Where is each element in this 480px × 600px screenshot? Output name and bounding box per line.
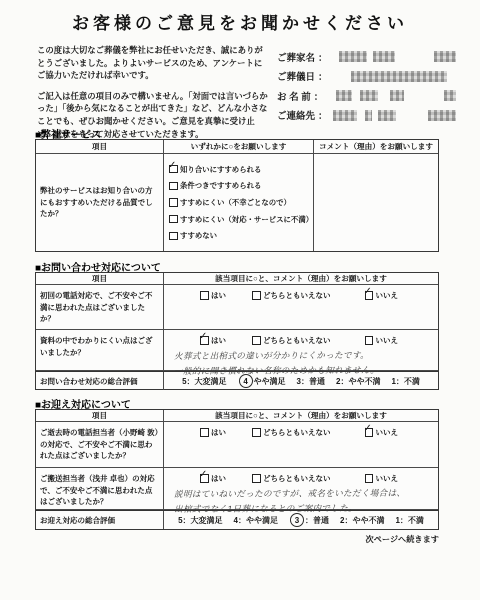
- table-row: 資料の中でわかりにくい点はございましたか？ はい どちらともいえない いいえ 火…: [36, 330, 438, 371]
- option-list: 知り合いにすすめられる 条件つきですすめられる すすめにくい（不幸ごとなので） …: [164, 154, 314, 251]
- question-text: ご搬送担当者（浅井 卓也）の対応で、ご不安やご不満に思われた点はございましたか？: [36, 468, 164, 509]
- inquiry-table: 項目 該当項目に○と、コメント（理由）をお願いします 初回の電話対応で、ご不安や…: [35, 272, 439, 390]
- checkbox[interactable]: [200, 474, 209, 483]
- checkbox[interactable]: [200, 291, 209, 300]
- contact-info: ご葬家名： ご葬儀日： お 名 前： ご連絡先：: [277, 47, 456, 125]
- intro-paragraph-1: この度は大切なご葬儀を弊社にお任せいただき、誠にありがとうございました。よりよい…: [37, 44, 270, 82]
- table-row: ご搬送担当者（浅井 卓也）の対応で、ご不安やご不満に思われた点はございましたか？…: [36, 468, 438, 510]
- checkbox[interactable]: [169, 182, 178, 191]
- header-item: 項目: [36, 410, 164, 421]
- survey-page: お客様のご意見をお聞かせください この度は大切なご葬儀を弊社にお任せいただき、誠…: [0, 0, 480, 600]
- answer-cell: はい どちらともいえない いいえ 説明はていねいだったのですが、戒名をいただく場…: [164, 468, 438, 509]
- handwritten-comment: 火葬式と出棺式の違いが分かりにくかったです。 一般的に聞き慣れない名称のためかも…: [164, 346, 438, 379]
- field-family-name: ご葬家名：: [277, 47, 456, 67]
- field-label: ご葬儀日: [277, 69, 315, 83]
- option-no[interactable]: いいえ: [365, 427, 399, 438]
- option-hard-to-recommend-dissatisfied[interactable]: すすめにくい（対応・サービスに不満）: [169, 214, 313, 225]
- header-item: 項目: [36, 273, 164, 284]
- option-neither[interactable]: どちらともいえない: [252, 335, 331, 346]
- next-page-note: 次ページへ続きます: [365, 534, 439, 545]
- checkbox[interactable]: [365, 336, 374, 345]
- option-label: はい: [211, 290, 226, 301]
- checkbox[interactable]: [252, 428, 261, 437]
- checkbox[interactable]: [365, 428, 374, 437]
- option-neither[interactable]: どちらともいえない: [252, 290, 331, 301]
- header-detail: 該当項目に○と、コメント（理由）をお願いします: [164, 273, 438, 284]
- option-label: すすめにくい（不幸ごとなので）: [180, 197, 291, 208]
- redacted-value: [333, 51, 456, 62]
- option-label: 知り合いにすすめられる: [180, 164, 261, 175]
- option-label: いいえ: [376, 473, 399, 484]
- option-label: 条件つきですすめられる: [180, 180, 261, 191]
- table-row: ご逝去時の電話担当者（小野崎 敦）の対応で、ご不安やご不満に思われた点はございま…: [36, 422, 438, 468]
- checkbox[interactable]: [252, 336, 261, 345]
- comment-cell[interactable]: [314, 154, 438, 251]
- redacted-value: [333, 71, 456, 82]
- option-line: はい どちらともいえない いいえ: [164, 468, 438, 484]
- answer-cell: はい どちらともいえない いいえ 火葬式と出棺式の違いが分かりにくかったです。 …: [164, 330, 438, 370]
- option-label: すすめにくい（対応・サービスに不満）: [180, 214, 313, 225]
- option-yes[interactable]: はい: [200, 290, 226, 301]
- option-label: いいえ: [376, 427, 399, 438]
- table-row: 弊社のサービスはお知り合いの方にもおすすめいただける品質でしたか？ 知り合いにす…: [36, 154, 438, 251]
- option-label: どちらともいえない: [263, 335, 331, 346]
- handwritten-comment: 説明はていねいだったのですが、戒名をいただく場合は、 出棺式でなく1日葬になると…: [164, 484, 438, 517]
- option-label: いいえ: [376, 335, 399, 346]
- question-text: 資料の中でわかりにくい点はございましたか？: [36, 330, 164, 370]
- question-text: ご逝去時の電話担当者（小野崎 敦）の対応で、ご不安やご不満に思われた点はございま…: [36, 422, 164, 467]
- option-line: はい どちらともいえない いいえ: [164, 330, 438, 346]
- page-title: お客様のご意見をお聞かせください: [0, 9, 480, 34]
- table-row: 初回の電話対応で、ご不安やご不満に思われた点はございましたか？ はい どちらとも…: [36, 285, 438, 330]
- option-hard-to-recommend-misfortune[interactable]: すすめにくい（不幸ごとなので）: [169, 197, 313, 208]
- handwritten-line: 一般的に聞き慣れない名称のためかも知れません。: [174, 363, 434, 379]
- option-yes[interactable]: はい: [200, 473, 226, 484]
- option-not-recommend[interactable]: すすめない: [169, 230, 313, 241]
- checkbox[interactable]: [169, 232, 178, 241]
- option-yes[interactable]: はい: [200, 427, 226, 438]
- field-contact: ご連絡先：: [277, 106, 456, 126]
- checkbox[interactable]: [365, 291, 374, 300]
- rating-label: やや不満: [352, 515, 384, 526]
- option-neither[interactable]: どちらともいえない: [252, 473, 331, 484]
- option-label: はい: [211, 427, 226, 438]
- service-table: 項目 いずれかに○をお願いします コメント（理由）をお願いします 弊社のサービス…: [35, 139, 439, 252]
- colon: ：: [318, 69, 328, 83]
- handwritten-line: 火葬式と出棺式の違いが分かりにくかったです。: [174, 348, 434, 364]
- rating-row-label: お問い合わせ対応の総合評価: [36, 372, 164, 390]
- option-recommend[interactable]: 知り合いにすすめられる: [169, 164, 313, 175]
- option-no[interactable]: いいえ: [365, 473, 399, 484]
- option-neither[interactable]: どちらともいえない: [252, 427, 331, 438]
- header-item: 項目: [36, 140, 164, 153]
- option-label: どちらともいえない: [263, 427, 331, 438]
- option-label: どちらともいえない: [263, 290, 331, 301]
- field-funeral-date: ご葬儀日：: [277, 67, 456, 87]
- checkbox[interactable]: [252, 474, 261, 483]
- checkbox[interactable]: [252, 291, 261, 300]
- table-header-row: 項目 該当項目に○と、コメント（理由）をお願いします: [36, 273, 438, 285]
- option-no[interactable]: いいえ: [365, 335, 399, 346]
- rating-label: 不満: [408, 515, 424, 526]
- checkbox[interactable]: [365, 474, 374, 483]
- colon: ：: [318, 108, 328, 122]
- header-choice: いずれかに○をお願いします: [164, 140, 314, 153]
- redacted-value: [333, 110, 456, 121]
- rating-separator: ：: [400, 515, 408, 526]
- question-text: 弊社のサービスはお知り合いの方にもおすすめいただける品質でしたか？: [36, 154, 164, 251]
- checkbox[interactable]: [169, 198, 178, 207]
- colon: ：: [314, 89, 324, 103]
- rating-row-label: お迎え対応の総合評価: [36, 511, 164, 529]
- rating-option-2[interactable]: 2：やや不満: [340, 515, 384, 526]
- field-name: お 名 前：: [277, 86, 456, 106]
- redacted-value: [328, 90, 456, 101]
- header-comment: コメント（理由）をお願いします: [314, 140, 438, 153]
- option-line: はい どちらともいえない いいえ: [164, 285, 438, 301]
- checkbox[interactable]: [169, 215, 178, 224]
- pickup-table: 項目 該当項目に○と、コメント（理由）をお願いします ご逝去時の電話担当者（小野…: [35, 409, 439, 530]
- checkbox[interactable]: [169, 165, 178, 174]
- answer-cell: はい どちらともいえない いいえ: [164, 422, 438, 467]
- option-recommend-conditionally[interactable]: 条件つきですすめられる: [169, 180, 313, 191]
- field-label: お 名 前: [277, 89, 311, 103]
- answer-cell: はい どちらともいえない いいえ: [164, 285, 438, 329]
- field-label: ご連絡先: [277, 108, 315, 122]
- field-label: ご葬家名: [277, 50, 315, 64]
- option-label: はい: [211, 473, 226, 484]
- colon: ：: [318, 50, 328, 64]
- option-label: すすめない: [180, 230, 217, 241]
- option-line: はい どちらともいえない いいえ: [164, 422, 438, 438]
- option-label: いいえ: [376, 290, 399, 301]
- rating-separator: ：: [344, 515, 352, 526]
- checkbox[interactable]: [200, 336, 209, 345]
- table-header-row: 項目 いずれかに○をお願いします コメント（理由）をお願いします: [36, 140, 438, 154]
- option-yes[interactable]: はい: [200, 335, 226, 346]
- rating-option-1[interactable]: 1：不満: [395, 515, 423, 526]
- question-text: 初回の電話対応で、ご不安やご不満に思われた点はございましたか？: [36, 285, 164, 329]
- header-detail: 該当項目に○と、コメント（理由）をお願いします: [164, 410, 438, 421]
- handwritten-line: 説明はていねいだったのですが、戒名をいただく場合は、: [174, 486, 434, 502]
- handwritten-line: 出棺式でなく1日葬になるとのご案内でした。: [174, 501, 434, 517]
- option-label: はい: [211, 335, 226, 346]
- checkbox[interactable]: [200, 428, 209, 437]
- option-no[interactable]: いいえ: [365, 290, 399, 301]
- table-header-row: 項目 該当項目に○と、コメント（理由）をお願いします: [36, 410, 438, 422]
- option-label: どちらともいえない: [263, 473, 331, 484]
